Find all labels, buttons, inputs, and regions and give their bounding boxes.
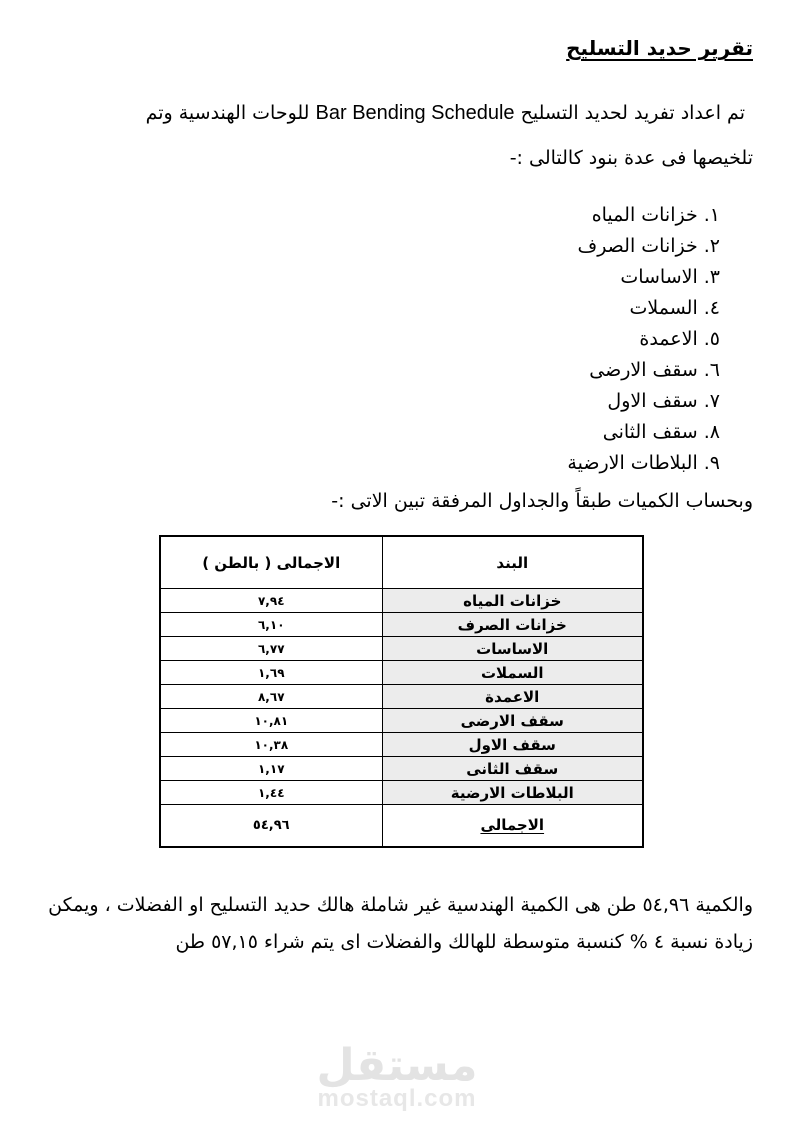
list-item: ٢.خزانات الصرف xyxy=(30,231,720,262)
list-item: ٣.الاساسات xyxy=(30,262,720,293)
item-number: ٥. xyxy=(704,324,720,355)
table-row: سقف الارضى ١٠,٨١ xyxy=(160,709,643,733)
list-item: ٥.الاعمدة xyxy=(30,324,720,355)
list-item: ٦.سقف الارضى xyxy=(30,355,720,386)
col-header-item: البند xyxy=(382,536,643,589)
list-item: ٨.سقف الثانى xyxy=(30,417,720,448)
table-row: البلاطات الارضية ١,٤٤ xyxy=(160,781,643,805)
table-header-row: البند الاجمالى ( بالطن ) xyxy=(160,536,643,589)
total-cell: ١,٦٩ xyxy=(160,661,382,685)
item-cell: خزانات الصرف xyxy=(382,613,643,637)
item-label: سقف الثانى xyxy=(603,421,698,443)
item-label: الاساسات xyxy=(620,266,697,288)
item-cell: الاعمدة xyxy=(382,685,643,709)
items-list: ١.خزانات المياه ٢.خزانات الصرف ٣.الاساسا… xyxy=(30,200,753,479)
watermark-latin-text: mostaql.com xyxy=(0,1088,794,1110)
item-label: السملات xyxy=(630,297,698,319)
total-cell: ٨,٦٧ xyxy=(160,685,382,709)
list-item: ٩.البلاطات الارضية xyxy=(30,448,720,479)
document-page: تقرير حديد التسليح تم اعداد تفريد لحديد … xyxy=(0,0,794,1123)
total-cell: ٦,١٠ xyxy=(160,613,382,637)
item-cell: خزانات المياه xyxy=(382,589,643,613)
col-header-total: الاجمالى ( بالطن ) xyxy=(160,536,382,589)
closing-paragraph: والكمية ٥٤,٩٦ طن هى الكمية الهندسية غير … xyxy=(30,887,753,961)
total-cell: ١,٤٤ xyxy=(160,781,382,805)
item-number: ٢. xyxy=(704,231,720,262)
item-number: ٩. xyxy=(704,448,720,479)
list-item: ٧.سقف الاول xyxy=(30,386,720,417)
item-label: خزانات المياه xyxy=(592,204,698,226)
intro-line-2: تلخيصها فى عدة بنود كالتالى :- xyxy=(30,145,753,171)
intro-line1-arabic-end: للوحات الهندسية وتم xyxy=(146,102,316,124)
item-number: ٦. xyxy=(704,355,720,386)
grand-total-label: الاجمالى xyxy=(382,805,643,847)
total-cell: ١٠,٨١ xyxy=(160,709,382,733)
item-number: ٧. xyxy=(704,386,720,417)
table-row: سقف الاول ١٠,٣٨ xyxy=(160,733,643,757)
table-row: السملات ١,٦٩ xyxy=(160,661,643,685)
table-row: خزانات الصرف ٦,١٠ xyxy=(160,613,643,637)
item-number: ٣. xyxy=(704,262,720,293)
closing-line-1: والكمية ٥٤,٩٦ طن هى الكمية الهندسية غير … xyxy=(30,887,753,924)
intro-line-1: تم اعداد تفريد لحديد التسليح Bar Bending… xyxy=(30,100,753,126)
item-label: خزانات الصرف xyxy=(578,235,698,257)
item-label: البلاطات الارضية xyxy=(567,452,697,474)
total-cell: ١٠,٣٨ xyxy=(160,733,382,757)
table-lead-text: وبحساب الكميات طبقاً والجداول المرفقة تب… xyxy=(30,488,753,514)
item-label: الاعمدة xyxy=(639,328,697,350)
total-cell: ٦,٧٧ xyxy=(160,637,382,661)
table-row: الاساسات ٦,٧٧ xyxy=(160,637,643,661)
watermark-arabic-logo: مستقل xyxy=(0,1044,794,1088)
closing-line-2: زيادة نسبة ٤ % كنسبة متوسطة للهالك والفض… xyxy=(30,924,753,961)
table-row: الاعمدة ٨,٦٧ xyxy=(160,685,643,709)
list-item: ١.خزانات المياه xyxy=(30,200,720,231)
item-number: ١. xyxy=(704,200,720,231)
item-cell: سقف الثانى xyxy=(382,757,643,781)
item-cell: البلاطات الارضية xyxy=(382,781,643,805)
item-number: ٨. xyxy=(704,417,720,448)
table-row: خزانات المياه ٧,٩٤ xyxy=(160,589,643,613)
item-cell: الاساسات xyxy=(382,637,643,661)
item-label: سقف الاول xyxy=(607,390,697,412)
page-title: تقرير حديد التسليح xyxy=(30,36,753,60)
grand-total-row: الاجمالى ٥٤,٩٦ xyxy=(160,805,643,847)
intro-line1-arabic-start: تم اعداد تفريد لحديد التسليح xyxy=(515,102,745,124)
item-number: ٤. xyxy=(704,293,720,324)
table-row: سقف الثانى ١,١٧ xyxy=(160,757,643,781)
mostaql-watermark: مستقل mostaql.com xyxy=(0,1044,794,1110)
item-cell: سقف الارضى xyxy=(382,709,643,733)
document-content: تقرير حديد التسليح تم اعداد تفريد لحديد … xyxy=(0,0,794,961)
quantities-table: البند الاجمالى ( بالطن ) خزانات المياه ٧… xyxy=(159,535,644,848)
total-cell: ٧,٩٤ xyxy=(160,589,382,613)
item-cell: السملات xyxy=(382,661,643,685)
item-label: سقف الارضى xyxy=(589,359,698,381)
bar-bending-schedule-term: Bar Bending Schedule xyxy=(316,102,515,124)
total-cell: ١,١٧ xyxy=(160,757,382,781)
item-cell: سقف الاول xyxy=(382,733,643,757)
list-item: ٤.السملات xyxy=(30,293,720,324)
grand-total-value: ٥٤,٩٦ xyxy=(160,805,382,847)
